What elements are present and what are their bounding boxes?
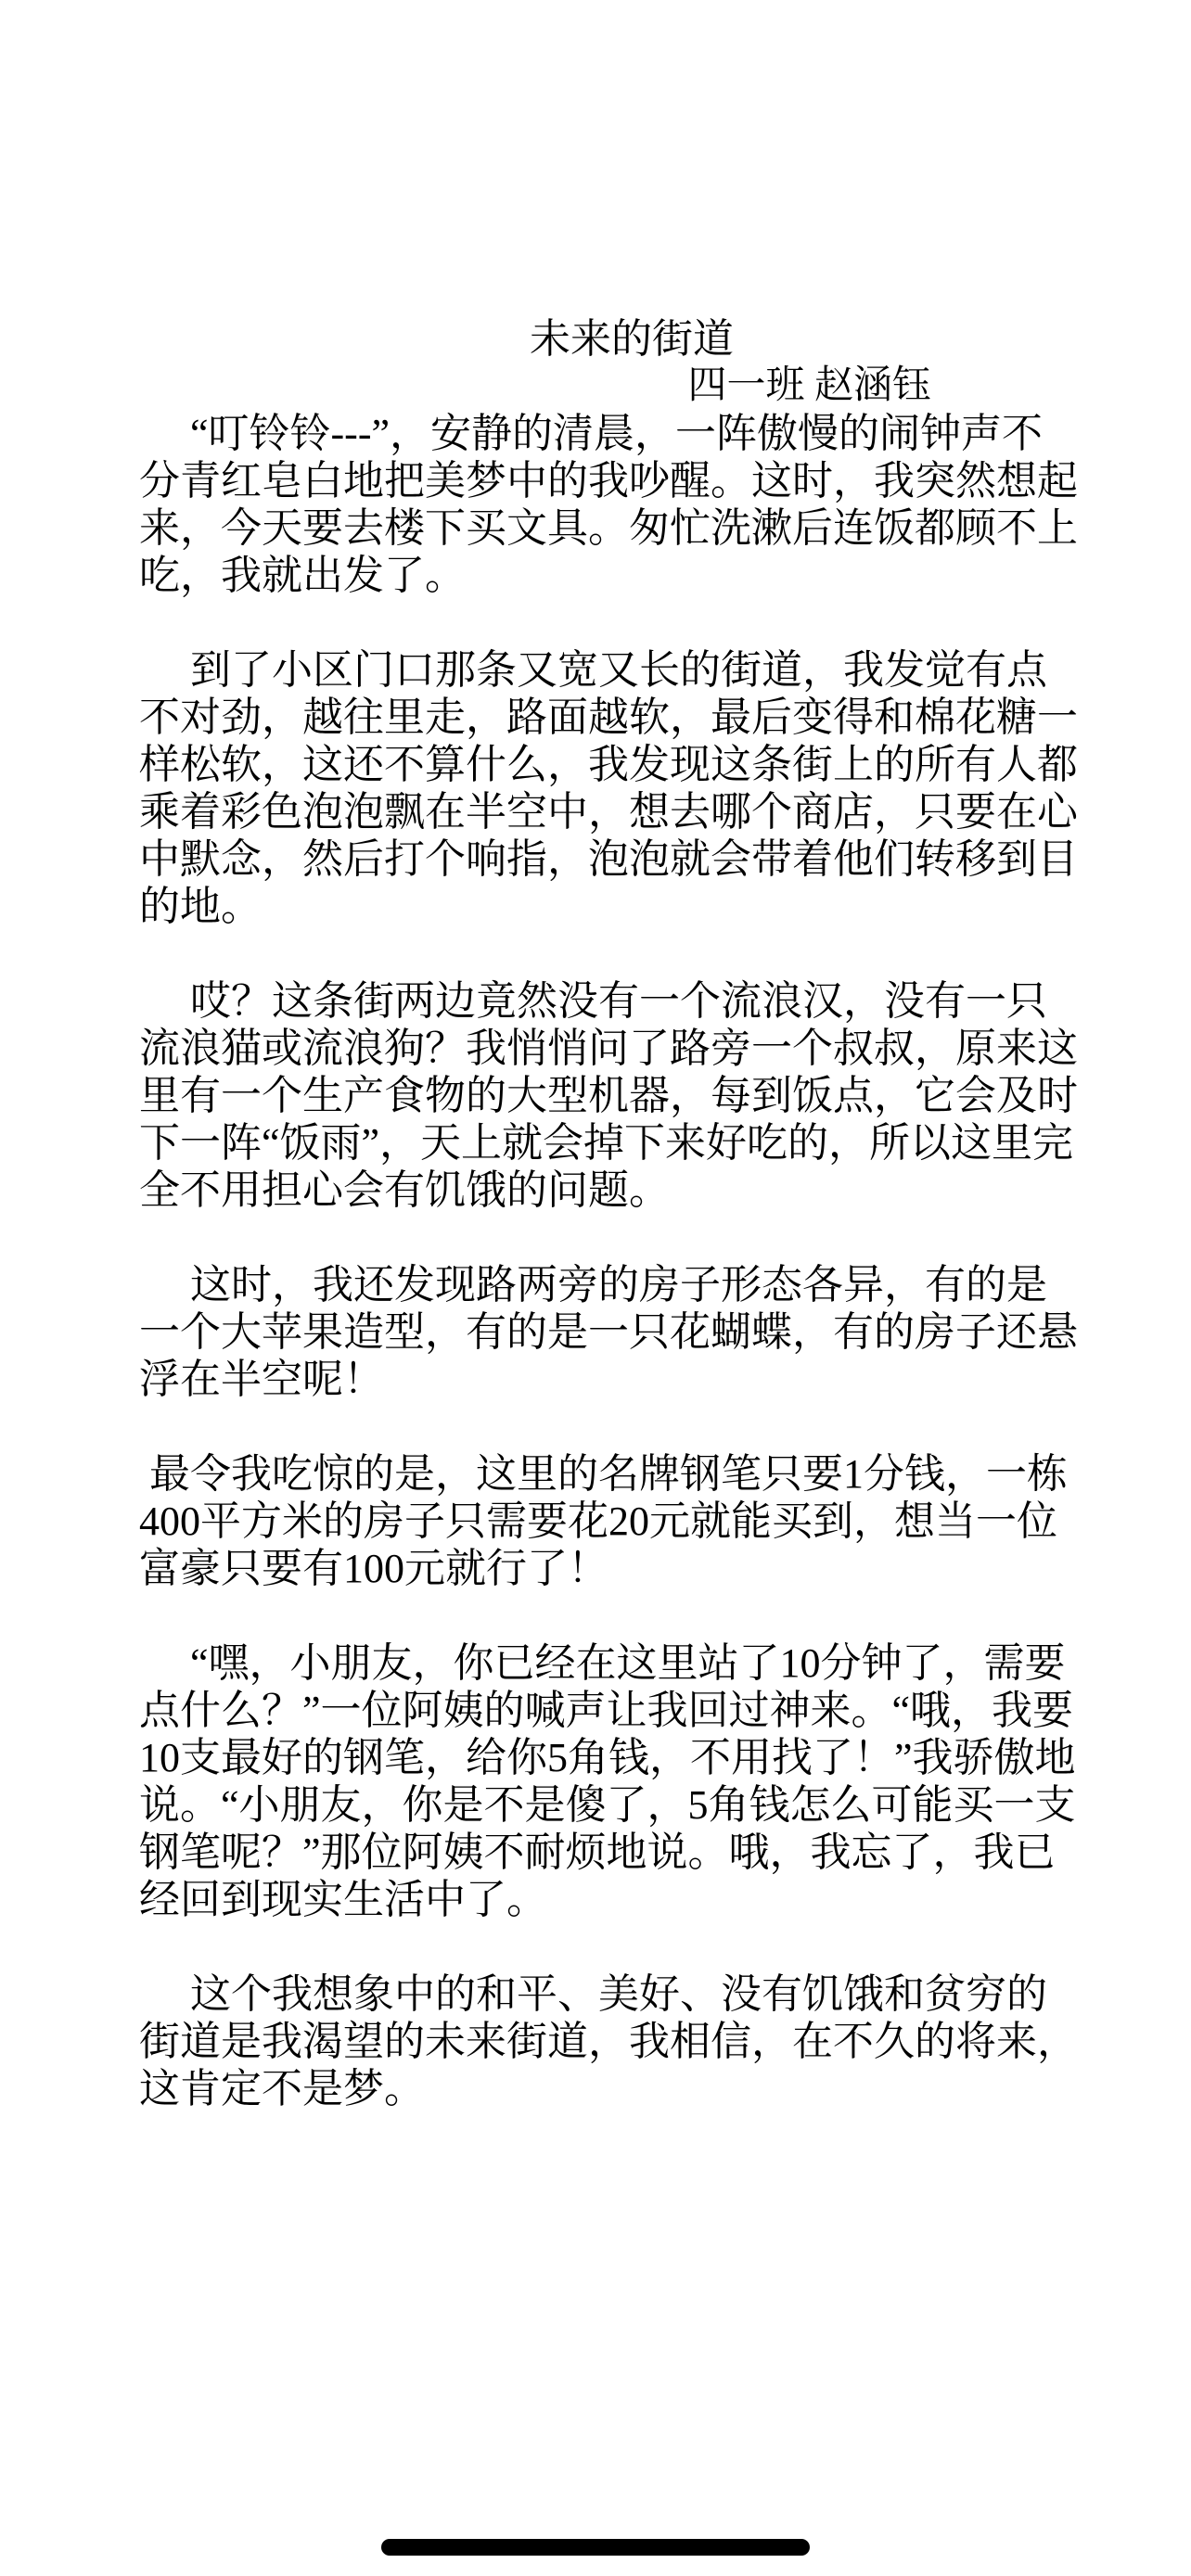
essay-line: 来，今天要去楼下买文具。匆忙洗漱后连饭都顾不上	[139, 504, 1124, 552]
essay-line: 这个我想象中的和平、美好、没有饥饿和贫穷的	[139, 1970, 1124, 2018]
essay-line: 10支最好的钢笔，给你5角钱，不用找了！”我骄傲地	[139, 1734, 1124, 1781]
essay-line: 不对劲，越往里走，路面越软，最后变得和棉花糖一	[139, 694, 1124, 741]
essay-line: “叮铃铃---”，安静的清晨，一阵傲慢的闹钟声不	[139, 410, 1124, 457]
essay-paragraph: 这时，我还发现路两旁的房子形态各异，有的是一个大苹果造型，有的是一只花蝴蝶，有的…	[139, 1261, 1124, 1403]
essay-line: 里有一个生产食物的大型机器，每到饭点，它会及时	[139, 1072, 1124, 1119]
essay-line: 这肯定不是梦。	[139, 2065, 1124, 2112]
essay-line: 一个大苹果造型，有的是一只花蝴蝶，有的房子还悬	[139, 1308, 1124, 1356]
essay-paragraph: “嘿，小朋友，你已经在这里站了10分钟了，需要点什么？”一位阿姨的喊声让我回过神…	[139, 1639, 1124, 1923]
essay-line: 经回到现实生活中了。	[139, 1876, 1124, 1923]
essay-line: 乘着彩色泡泡飘在半空中，想去哪个商店，只要在心	[139, 788, 1124, 835]
essay-line: 吃，我就出发了。	[139, 552, 1124, 599]
essay-line: 说。“小朋友，你是不是傻了，5角钱怎么可能买一支	[139, 1781, 1124, 1829]
essay-byline: 四一班 赵涵钰	[139, 363, 1124, 410]
essay-paragraph: “叮铃铃---”，安静的清晨，一阵傲慢的闹钟声不分青红皂白地把美梦中的我吵醒。这…	[139, 410, 1124, 599]
essay-line: 这时，我还发现路两旁的房子形态各异，有的是	[139, 1261, 1124, 1308]
essay-line: 最令我吃惊的是，这里的名牌钢笔只要1分钱，一栋	[139, 1450, 1124, 1498]
screenshot-root: 未来的街道 四一班 赵涵钰 “叮铃铃---”，安静的清晨，一阵傲慢的闹钟声不分青…	[0, 0, 1191, 2576]
essay-line: 富豪只要有100元就行了！	[139, 1545, 1124, 1592]
essay-line: 到了小区门口那条又宽又长的街道，我发觉有点	[139, 646, 1124, 694]
home-indicator-bar[interactable]	[381, 2539, 810, 2556]
essay-line: “嘿，小朋友，你已经在这里站了10分钟了，需要	[139, 1639, 1124, 1687]
essay-line: 400平方米的房子只需要花20元就能买到，想当一位	[139, 1498, 1124, 1545]
essay-document: 未来的街道 四一班 赵涵钰 “叮铃铃---”，安静的清晨，一阵傲慢的闹钟声不分青…	[139, 315, 1124, 2112]
essay-line: 浮在半空呢！	[139, 1356, 1124, 1403]
essay-line: 分青红皂白地把美梦中的我吵醒。这时，我突然想起	[139, 457, 1124, 504]
essay-line: 钢笔呢？”那位阿姨不耐烦地说。哦，我忘了，我已	[139, 1829, 1124, 1876]
essay-body: “叮铃铃---”，安静的清晨，一阵傲慢的闹钟声不分青红皂白地把美梦中的我吵醒。这…	[139, 410, 1124, 2112]
essay-line: 全不用担心会有饥饿的问题。	[139, 1167, 1124, 1214]
essay-paragraph: 哎？这条街两边竟然没有一个流浪汉，没有一只流浪猫或流浪狗？我悄悄问了路旁一个叔叔…	[139, 977, 1124, 1214]
essay-line: 流浪猫或流浪狗？我悄悄问了路旁一个叔叔，原来这	[139, 1025, 1124, 1072]
essay-line: 样松软，这还不算什么，我发现这条街上的所有人都	[139, 741, 1124, 788]
essay-line: 街道是我渴望的未来街道，我相信，在不久的将来，	[139, 2018, 1124, 2065]
essay-paragraph: 最令我吃惊的是，这里的名牌钢笔只要1分钱，一栋400平方米的房子只需要花20元就…	[139, 1450, 1124, 1592]
essay-line: 中默念，然后打个响指，泡泡就会带着他们转移到目	[139, 835, 1124, 883]
essay-paragraph: 到了小区门口那条又宽又长的街道，我发觉有点不对劲，越往里走，路面越软，最后变得和…	[139, 646, 1124, 930]
essay-line: 哎？这条街两边竟然没有一个流浪汉，没有一只	[139, 977, 1124, 1025]
essay-line: 点什么？”一位阿姨的喊声让我回过神来。“哦，我要	[139, 1687, 1124, 1734]
essay-title: 未来的街道	[139, 315, 1124, 363]
essay-line: 下一阵“饭雨”，天上就会掉下来好吃的，所以这里完	[139, 1119, 1124, 1167]
essay-line: 的地。	[139, 883, 1124, 930]
essay-paragraph: 这个我想象中的和平、美好、没有饥饿和贫穷的街道是我渴望的未来街道，我相信，在不久…	[139, 1970, 1124, 2112]
